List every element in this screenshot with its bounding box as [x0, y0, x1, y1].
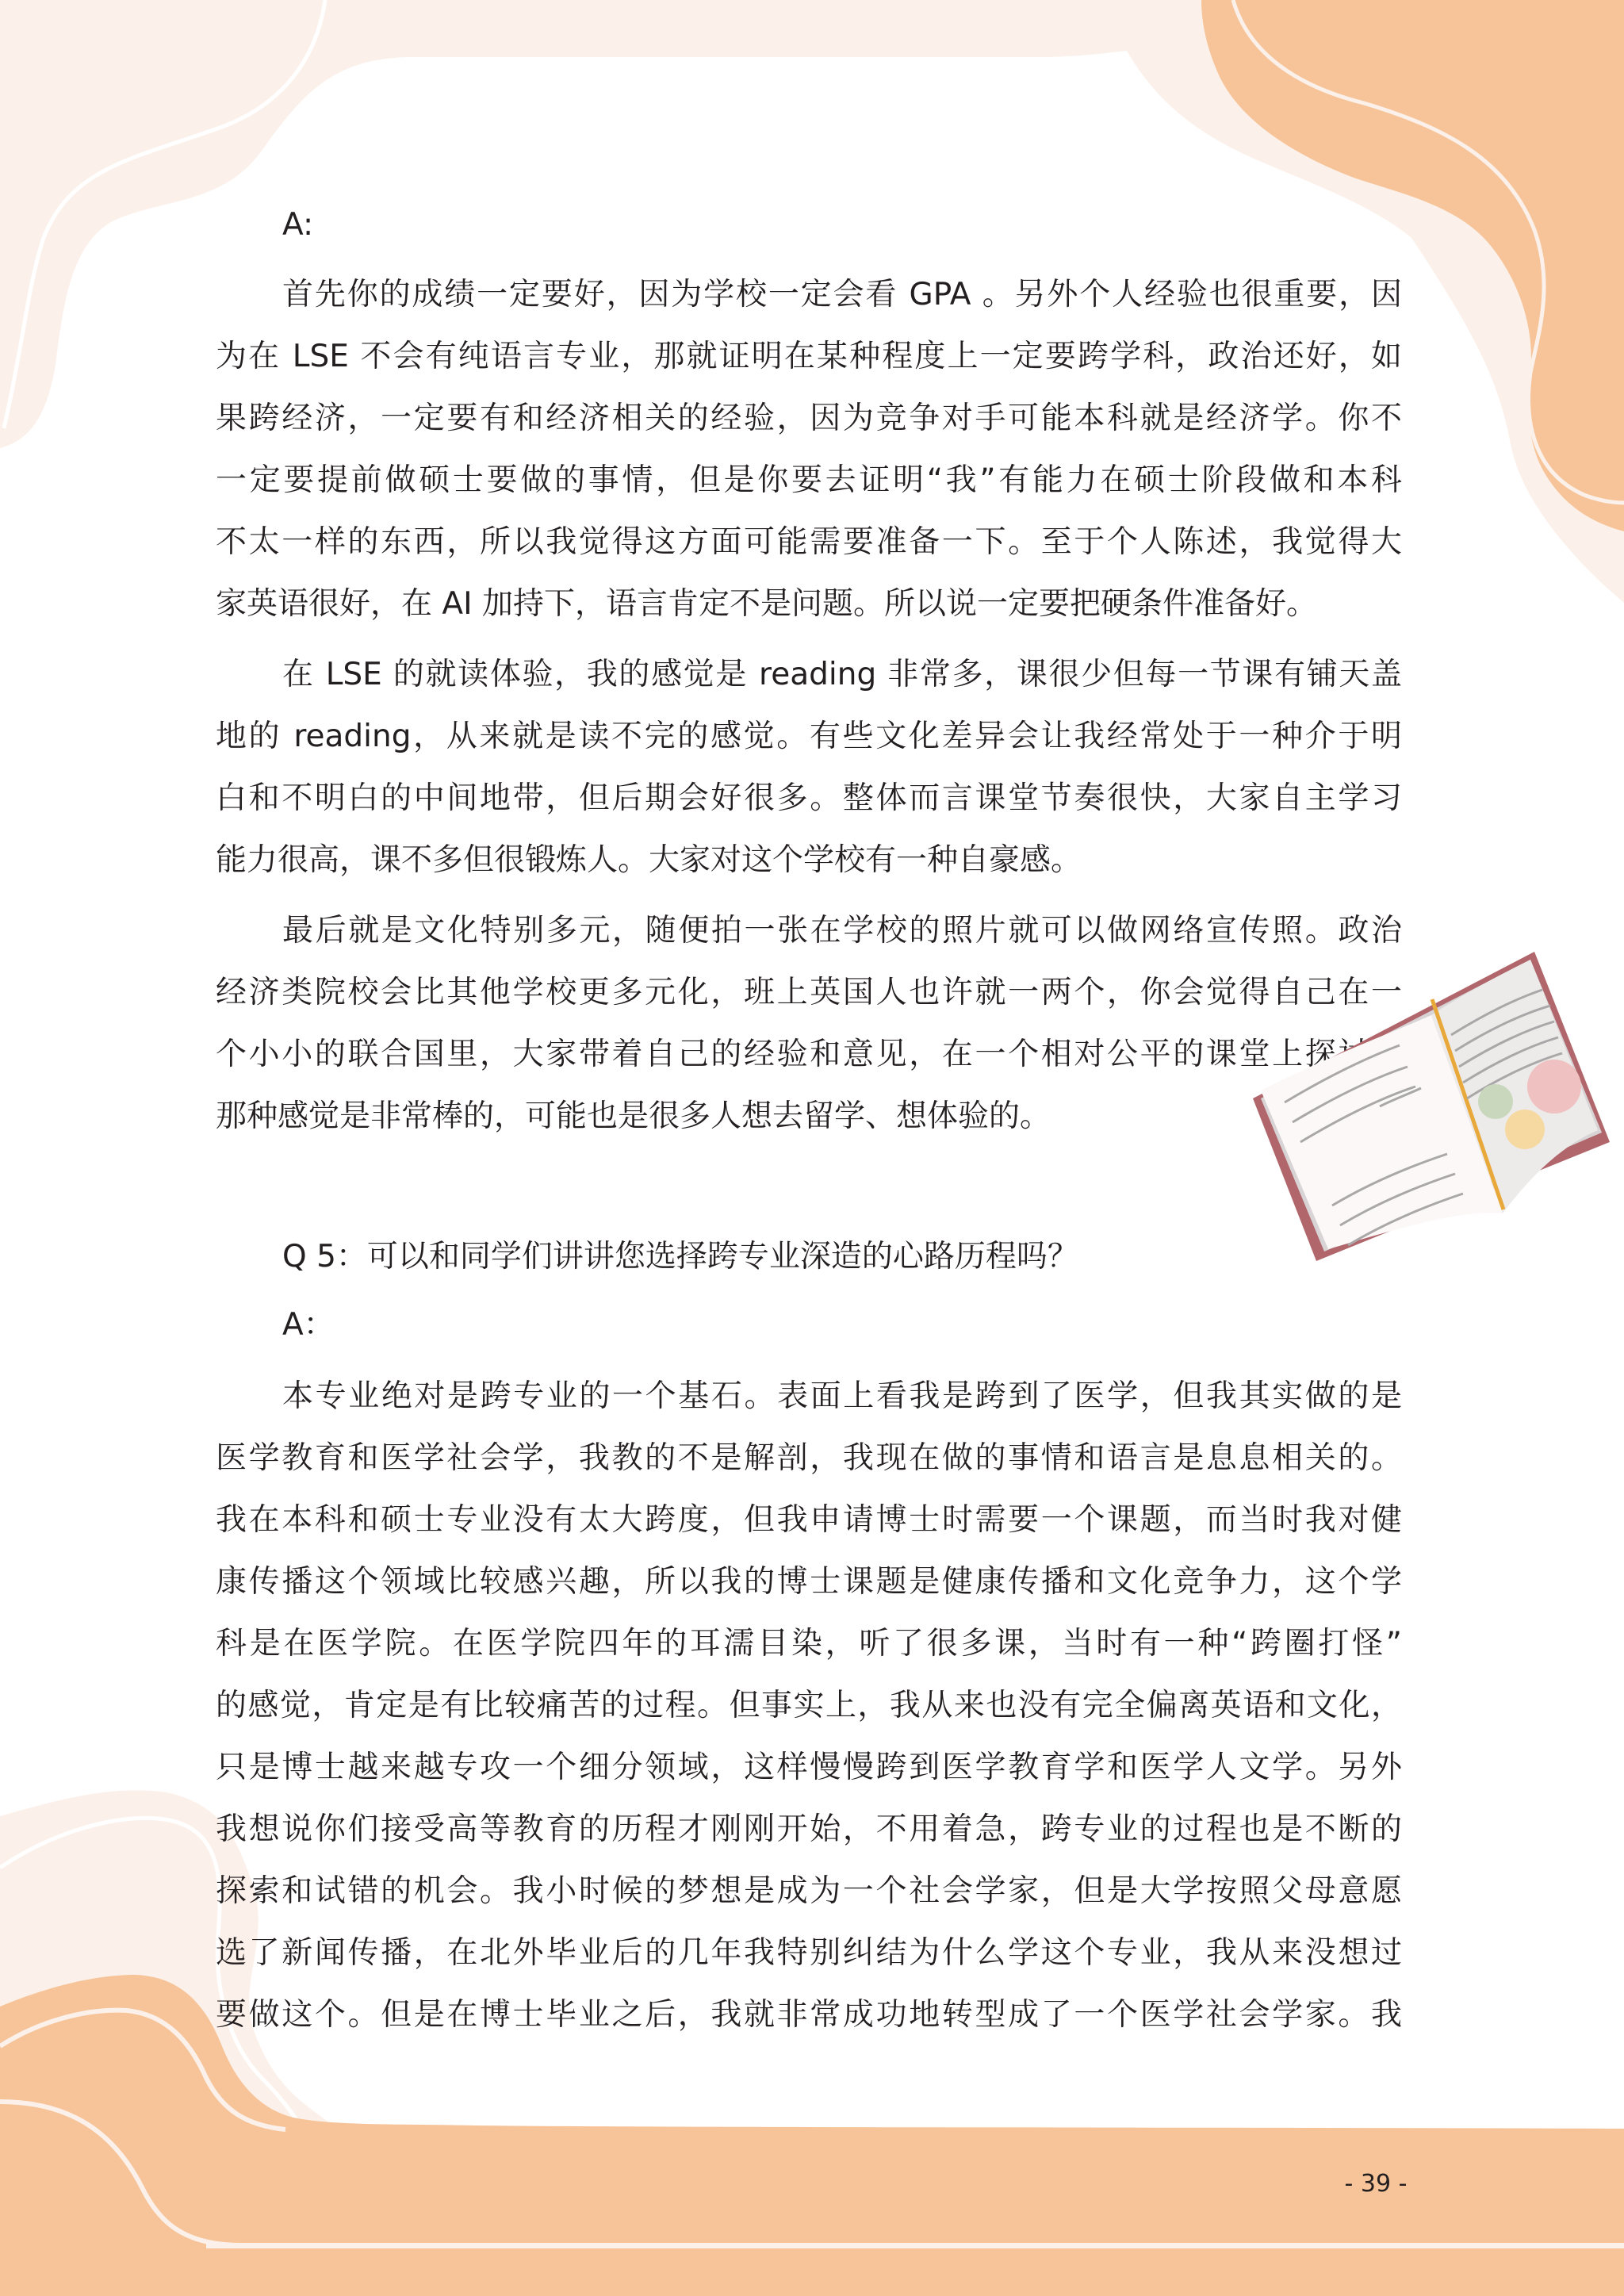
text-line: 我在本科和硕士专业没有太大跨度，但我申请博士时需要一个课题，而当时我对健: [216, 1489, 1402, 1551]
bottom-stripe-line: [206, 2243, 1624, 2248]
yellow-dot: [1505, 1110, 1545, 1149]
green-dot: [1478, 1084, 1513, 1119]
text-line: 那种感觉是非常棒的，可能也是很多人想去留学、想体验的。: [216, 1086, 1402, 1148]
open-book-illustration: [1237, 928, 1624, 1261]
text-line: 个小小的联合国里，大家带着自己的经验和意见，在一个相对公平的课堂上探讨，: [216, 1024, 1402, 1086]
text-line: 家英语很好，在 AI 加持下，语言肯定不是问题。所以说一定要把硬条件准备好。: [216, 573, 1402, 635]
text-line: 地的 reading，从来就是读不完的感觉。有些文化差异会让我经常处于一种介于明: [216, 706, 1402, 768]
answer-paragraph-1: 首先你的成绩一定要好，因为学校一定会看 GPA 。另外个人经验也很重要，因 为在…: [216, 264, 1402, 635]
pink-dot: [1527, 1060, 1581, 1114]
text-line: 在 LSE 的就读体验，我的感觉是 reading 非常多，课很少但每一节课有铺…: [216, 644, 1402, 706]
text-line: 不太一样的东西，所以我觉得这方面可能需要准备一下。至于个人陈述，我觉得大: [216, 512, 1402, 573]
answer-label: A：: [282, 1294, 335, 1356]
text-line: 最后就是文化特别多元，随便拍一张在学校的照片就可以做网络宣传照。政治: [216, 900, 1402, 962]
text-line: 果跨经济，一定要有和经济相关的经验，因为竞争对手可能本科就是经济学。你不: [216, 388, 1402, 450]
text-line: 科是在医学院。在医学院四年的耳濡目染，听了很多课，当时有一种“跨圈打怪”: [216, 1613, 1402, 1675]
q5-answer-paragraph: 本专业绝对是跨专业的一个基石。表面上看我是跨到了医学，但我其实做的是 医学教育和…: [216, 1366, 1402, 2046]
text-line: 只是博士越来越专攻一个细分领域，这样慢慢跨到医学教育学和医学人文学。另外: [216, 1737, 1402, 1799]
answer-label: A:: [282, 194, 313, 256]
text-line: 医学教育和医学社会学，我教的不是解剖，我现在做的事情和语言是息息相关的。: [216, 1428, 1402, 1489]
text-line: 选了新闻传播，在北外毕业后的几年我特别纠结为什么学这个专业，我从来没想过: [216, 1922, 1402, 1984]
text-line: 的感觉，肯定是有比较痛苦的过程。但事实上，我从来也没有完全偏离英语和文化，: [216, 1675, 1402, 1737]
answer-paragraph-3: 最后就是文化特别多元，随便拍一张在学校的照片就可以做网络宣传照。政治 经济类院校…: [216, 900, 1402, 1148]
text-line: 我想说你们接受高等教育的历程才刚刚开始，不用着急，跨专业的过程也是不断的: [216, 1799, 1402, 1861]
text-line: 康传播这个领域比较感兴趣，所以我的博士课题是健康传播和文化竞争力，这个学: [216, 1551, 1402, 1613]
text-line: 白和不明白的中间地带，但后期会好很多。整体而言课堂节奏很快，大家自主学习: [216, 768, 1402, 830]
text-line: 经济类院校会比其他学校更多元化，班上英国人也许就一两个，你会觉得自己在一: [216, 962, 1402, 1024]
text-line: 一定要提前做硕士要做的事情，但是你要去证明“我”有能力在硕士阶段做和本科: [216, 450, 1402, 512]
page-number: - 39 -: [1316, 2170, 1435, 2198]
text-line: 能力很高，课不多但很锻炼人。大家对这个学校有一种自豪感。: [216, 830, 1402, 891]
text-line: 要做这个。但是在博士毕业之后，我就非常成功地转型成了一个医学社会学家。我: [216, 1984, 1402, 2046]
text-line: 本专业绝对是跨专业的一个基石。表面上看我是跨到了医学，但我其实做的是: [216, 1366, 1402, 1428]
text-line: 为在 LSE 不会有纯语言专业，那就证明在某种程度上一定要跨学科，政治还好，如: [216, 326, 1402, 388]
question-5-heading: Q 5：可以和同学们讲讲您选择跨专业深造的心路历程吗？: [282, 1226, 1078, 1288]
text-line: 探索和试错的机会。我小时候的梦想是成为一个社会学家，但是大学按照父母意愿: [216, 1861, 1402, 1922]
text-line: 首先你的成绩一定要好，因为学校一定会看 GPA 。另外个人经验也很重要，因: [216, 264, 1402, 326]
answer-paragraph-2: 在 LSE 的就读体验，我的感觉是 reading 非常多，课很少但每一节课有铺…: [216, 644, 1402, 891]
